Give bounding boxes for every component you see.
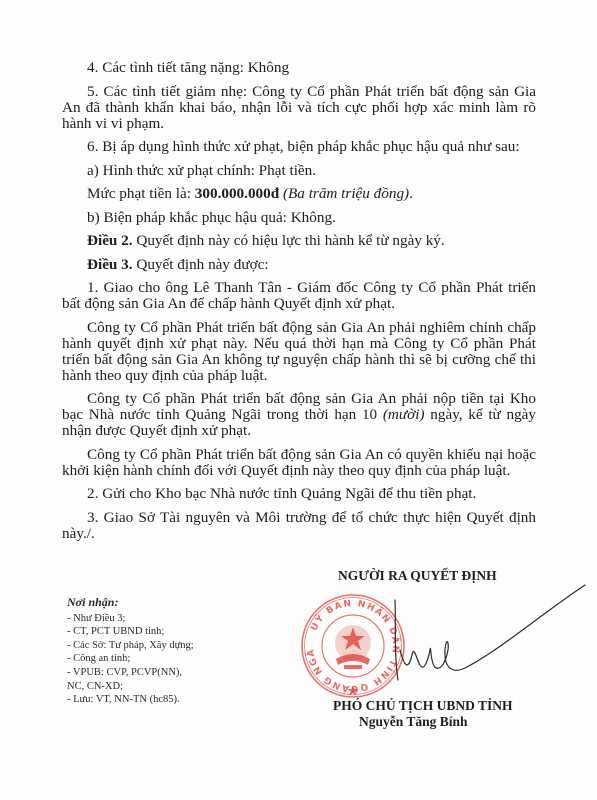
article-3: Điều 3. Quyết định này được: [62, 257, 536, 273]
recipients-block: Nơi nhận: - Như Điều 3; - CT, PCT UBND t… [67, 596, 194, 707]
article-2-text: Quyết định này có hiệu lực thi hành kể t… [133, 232, 445, 249]
recipient-item: - Các Sở: Tư pháp, Xây dựng; [67, 639, 194, 653]
handwritten-signature-icon [390, 580, 590, 690]
payment-days-words: (mười) [383, 406, 425, 423]
fine-amount-line: Mức phạt tiền là: 300.000.000đ (Ba trăm … [62, 186, 536, 202]
recipient-item: - VPUB: CVP, PCVP(NN), [67, 666, 194, 680]
article-3-compliance: Công ty Cổ phần Phát triển bất động sản … [62, 320, 536, 384]
article-3-payment: Công ty Cổ phần Phát triển bất động sản … [62, 391, 536, 439]
article-3-item-3: 3. Giao Sở Tài nguyên và Môi trường để t… [62, 510, 536, 542]
recipient-item: - Công an tỉnh; [67, 652, 194, 666]
recipients-title: Nơi nhận: [67, 596, 194, 610]
document-page: 4. Các tình tiết tăng nặng: Không 5. Các… [0, 0, 597, 800]
article-2-label: Điều 2. [87, 232, 133, 249]
article-3-label: Điều 3. [87, 256, 133, 273]
recipient-item: - Như Điều 3; [67, 612, 194, 626]
fine-in-words: (Ba trăm triệu đồng) [283, 185, 409, 202]
fine-amount: 300.000.000đ [195, 185, 279, 202]
article-3-appeal: Công ty Cổ phần Phát triển bất động sản … [62, 447, 536, 479]
item-mitigating: 5. Các tình tiết giảm nhẹ: Công ty Cổ ph… [62, 84, 536, 132]
article-3-text: Quyết định này được: [133, 256, 269, 273]
recipient-item: NC, CN-XD; [67, 680, 194, 694]
recipient-item: - Lưu: VT, NN-TN (hc85). [67, 693, 194, 707]
decision-body: 4. Các tình tiết tăng nặng: Không 5. Các… [62, 60, 536, 542]
item-penalties: 6. Bị áp dụng hình thức xử phạt, biện ph… [62, 139, 536, 155]
fine-label: Mức phạt tiền là: [87, 185, 195, 202]
main-penalty: a) Hình thức xử phạt chính: Phạt tiền. [62, 163, 536, 179]
article-3-item-2: 2. Gửi cho Kho bạc Nhà nước tỉnh Quảng N… [62, 486, 536, 502]
remedial-measures: b) Biện pháp khắc phục hậu quả: Không. [62, 210, 536, 226]
recipient-item: - CT, PCT UBND tỉnh; [67, 625, 194, 639]
article-2: Điều 2. Quyết định này có hiệu lực thi h… [62, 233, 536, 249]
article-3-item-1: 1. Giao cho ông Lê Thanh Tân - Giám đốc … [62, 280, 536, 312]
signer-role: PHÓ CHỦ TỊCH UBND TỈNH [333, 698, 513, 714]
fine-end: . [409, 185, 413, 202]
signer-name: Nguyễn Tăng Bính [359, 714, 468, 730]
item-aggravating: 4. Các tình tiết tăng nặng: Không [62, 60, 536, 76]
